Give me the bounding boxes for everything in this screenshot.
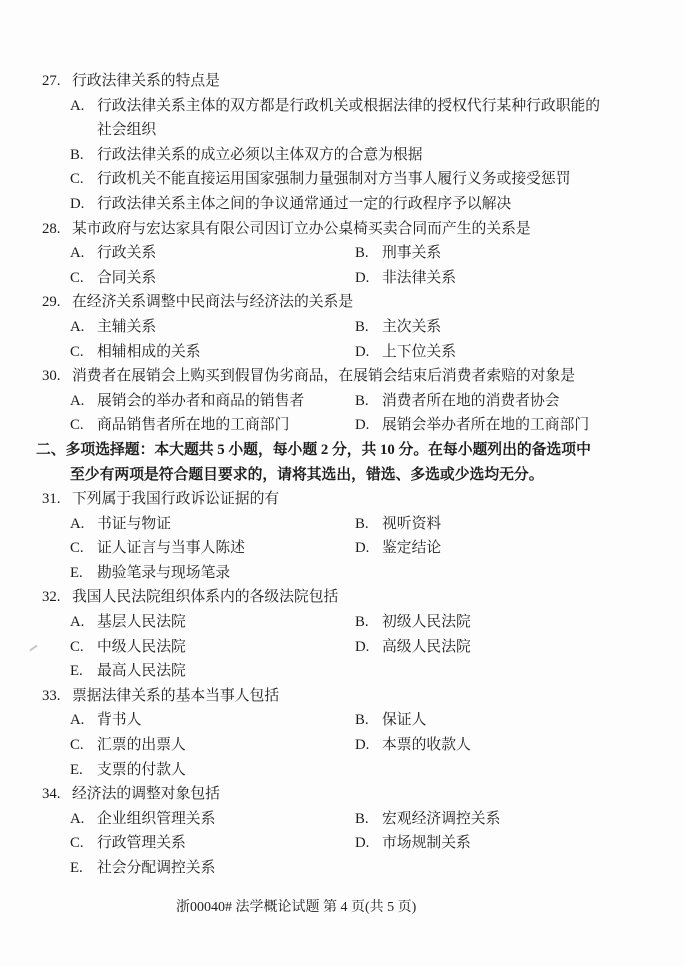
option-label: A. xyxy=(70,708,97,733)
question-28-options-ab: A.行政关系B.刑事关系 xyxy=(42,241,656,266)
question-32-option-c: C.中级人民法院 xyxy=(70,635,355,660)
option-text: 企业组织管理关系 xyxy=(97,811,215,827)
option-text: 行政关系 xyxy=(97,245,156,261)
question-27-text: 行政法律关系的特点是 xyxy=(72,73,220,89)
option-text: 初级人民法院 xyxy=(382,614,471,630)
option-text: 鉴定结论 xyxy=(382,540,441,556)
question-32-stem: 32.我国人民法院组织体系内的各级法院包括 xyxy=(42,585,656,610)
option-text: 支票的付款人 xyxy=(97,762,186,778)
option-label: C. xyxy=(70,733,97,758)
question-27-stem: 27.行政法律关系的特点是 xyxy=(42,69,656,94)
option-label: C. xyxy=(70,167,97,192)
option-label: D. xyxy=(355,733,382,758)
question-28-option-d: D.非法律关系 xyxy=(355,266,456,291)
option-text: 书证与物证 xyxy=(97,516,171,532)
question-28-text: 某市政府与宏达家具有限公司因订立办公桌椅买卖合同而产生的关系是 xyxy=(72,221,531,237)
option-label: A. xyxy=(70,94,97,119)
option-label: E. xyxy=(70,758,97,783)
section-2-header-line-1: 二、多项选择题：本大题共 5 小题，每小题 2 分，共 10 分。在每小题列出的… xyxy=(36,438,656,463)
question-33-option-a: A.背书人 xyxy=(70,708,355,733)
question-28-options-cd: C.合同关系D.非法律关系 xyxy=(42,266,656,291)
question-27-option-b: B.行政法律关系的成立必须以主体双方的合意为根据 xyxy=(42,143,656,168)
question-31-option-d: D.鉴定结论 xyxy=(355,536,441,561)
question-33-option-c: C.汇票的出票人 xyxy=(70,733,355,758)
question-33-text: 票据法律关系的基本当事人包括 xyxy=(72,688,279,704)
question-30-option-a: A.展销会的举办者和商品的销售者 xyxy=(70,389,355,414)
question-30-option-b: B.消费者所在地的消费者协会 xyxy=(355,389,560,414)
question-33-option-d: D.本票的收款人 xyxy=(355,733,471,758)
option-label: B. xyxy=(355,610,382,635)
question-27-option-a: A.行政法律关系主体的双方都是行政机关或根据法律的授权代行某种行政职能的 xyxy=(42,94,656,119)
option-text: 主辅关系 xyxy=(97,319,156,335)
option-label: A. xyxy=(70,512,97,537)
option-text: 刑事关系 xyxy=(382,245,441,261)
question-34-options-cd: C.行政管理关系D.市场规制关系 xyxy=(42,831,656,856)
question-27-option-d: D.行政法律关系主体之间的争议通常通过一定的行政程序予以解决 xyxy=(42,192,656,217)
question-33-options-cd: C.汇票的出票人D.本票的收款人 xyxy=(42,733,656,758)
option-label: D. xyxy=(355,413,382,438)
option-label: A. xyxy=(70,315,97,340)
option-text: 社会分配调控关系 xyxy=(97,860,215,876)
option-label: D. xyxy=(355,266,382,291)
option-label: D. xyxy=(355,536,382,561)
option-label: C. xyxy=(70,635,97,660)
question-30-option-d: D.展销会举办者所在地的工商部门 xyxy=(355,413,589,438)
question-30-stem: 30.消费者在展销会上购买到假冒伪劣商品，在展销会结束后消费者索赔的对象是 xyxy=(42,364,656,389)
question-29-option-c: C.相辅相成的关系 xyxy=(70,340,355,365)
option-label: E. xyxy=(70,561,97,586)
section-2-header-line-2: 至少有两项是符合题目要求的，请将其选出，错选、多选或少选均无分。 xyxy=(42,463,656,488)
question-34-options-ab: A.企业组织管理关系B.宏观经济调控关系 xyxy=(42,807,656,832)
option-text: 基层人民法院 xyxy=(97,614,186,630)
option-label: B. xyxy=(355,241,382,266)
question-32-options-cd: C.中级人民法院D.高级人民法院 xyxy=(42,635,656,660)
question-33-number: 33. xyxy=(42,684,72,709)
question-34-option-b: B.宏观经济调控关系 xyxy=(355,807,500,832)
option-label: B. xyxy=(355,512,382,537)
option-label: D. xyxy=(70,192,97,217)
page-footer: 浙00040# 法学概论试题 第 4 页(共 5 页) xyxy=(176,898,416,918)
question-31-option-c: C.证人证言与当事人陈述 xyxy=(70,536,355,561)
question-31-option-b: B.视听资料 xyxy=(355,512,441,537)
option-label: C. xyxy=(70,413,97,438)
question-28-number: 28. xyxy=(42,217,72,242)
question-29-options-cd: C.相辅相成的关系D.上下位关系 xyxy=(42,340,656,365)
question-30-option-c: C.商品销售者所在地的工商部门 xyxy=(70,413,355,438)
option-text: 最高人民法院 xyxy=(97,663,186,679)
question-27-option-a-wrap: 社会组织 xyxy=(42,118,656,143)
exam-page: 27.行政法律关系的特点是 A.行政法律关系主体的双方都是行政机关或根据法律的授… xyxy=(0,0,684,966)
option-text: 合同关系 xyxy=(97,270,156,286)
option-label: A. xyxy=(70,807,97,832)
question-30-options-ab: A.展销会的举办者和商品的销售者B.消费者所在地的消费者协会 xyxy=(42,389,656,414)
option-label: E. xyxy=(70,659,97,684)
option-text: 相辅相成的关系 xyxy=(97,344,201,360)
option-text: 保证人 xyxy=(382,712,426,728)
question-29-stem: 29.在经济关系调整中民商法与经济法的关系是 xyxy=(42,290,656,315)
question-32-text: 我国人民法院组织体系内的各级法院包括 xyxy=(72,589,338,605)
option-label: D. xyxy=(355,340,382,365)
question-32-options-ab: A.基层人民法院B.初级人民法院 xyxy=(42,610,656,635)
option-text: 中级人民法院 xyxy=(97,639,186,655)
question-34-option-d: D.市场规制关系 xyxy=(355,831,471,856)
option-label: C. xyxy=(70,831,97,856)
option-text: 视听资料 xyxy=(382,516,441,532)
question-32-option-d: D.高级人民法院 xyxy=(355,635,471,660)
option-label: D. xyxy=(355,831,382,856)
option-text: 行政管理关系 xyxy=(97,835,186,851)
option-label: C. xyxy=(70,536,97,561)
question-29-text: 在经济关系调整中民商法与经济法的关系是 xyxy=(72,294,353,310)
option-text: 主次关系 xyxy=(382,319,441,335)
option-label: B. xyxy=(355,708,382,733)
option-label: C. xyxy=(70,340,97,365)
question-31-options-cd: C.证人证言与当事人陈述D.鉴定结论 xyxy=(42,536,656,561)
option-text: 宏观经济调控关系 xyxy=(382,811,500,827)
option-text: 汇票的出票人 xyxy=(97,737,186,753)
question-32-option-e: E.最高人民法院 xyxy=(42,659,656,684)
question-32-number: 32. xyxy=(42,585,72,610)
option-label: B. xyxy=(355,807,382,832)
question-33-options-ab: A.背书人B.保证人 xyxy=(42,708,656,733)
option-text: 行政法律关系主体的双方都是行政机关或根据法律的授权代行某种行政职能的 xyxy=(97,98,600,114)
question-27-option-c: C.行政机关不能直接运用国家强制力量强制对方当事人履行义务或接受惩罚 xyxy=(42,167,656,192)
question-34-option-e: E.社会分配调控关系 xyxy=(42,856,656,881)
scan-artifact-mark xyxy=(29,645,38,652)
question-28-stem: 28.某市政府与宏达家具有限公司因订立办公桌椅买卖合同而产生的关系是 xyxy=(42,217,656,242)
option-label: B. xyxy=(70,143,97,168)
question-34-option-c: C.行政管理关系 xyxy=(70,831,355,856)
option-text: 行政法律关系主体之间的争议通常通过一定的行政程序予以解决 xyxy=(97,196,511,212)
option-text: 行政法律关系的成立必须以主体双方的合意为根据 xyxy=(97,147,423,163)
option-text: 商品销售者所在地的工商部门 xyxy=(97,417,289,433)
option-label: A. xyxy=(70,389,97,414)
question-27-number: 27. xyxy=(42,69,72,94)
question-31-text: 下列属于我国行政诉讼证据的有 xyxy=(72,491,279,507)
question-34-number: 34. xyxy=(42,782,72,807)
option-label: B. xyxy=(355,389,382,414)
question-31-option-e: E.勘验笔录与现场笔录 xyxy=(42,561,656,586)
question-31-option-a: A.书证与物证 xyxy=(70,512,355,537)
question-29-number: 29. xyxy=(42,290,72,315)
question-32-option-a: A.基层人民法院 xyxy=(70,610,355,635)
option-label: D. xyxy=(355,635,382,660)
option-label: E. xyxy=(70,856,97,881)
option-text: 上下位关系 xyxy=(382,344,456,360)
question-29-option-b: B.主次关系 xyxy=(355,315,441,340)
option-label: B. xyxy=(355,315,382,340)
option-text: 消费者所在地的消费者协会 xyxy=(382,393,560,409)
question-30-number: 30. xyxy=(42,364,72,389)
option-text: 展销会举办者所在地的工商部门 xyxy=(382,417,589,433)
question-29-options-ab: A.主辅关系B.主次关系 xyxy=(42,315,656,340)
option-label: C. xyxy=(70,266,97,291)
question-33-option-b: B.保证人 xyxy=(355,708,426,733)
question-31-options-ab: A.书证与物证B.视听资料 xyxy=(42,512,656,537)
question-30-text: 消费者在展销会上购买到假冒伪劣商品，在展销会结束后消费者索赔的对象是 xyxy=(72,368,575,384)
question-32-option-b: B.初级人民法院 xyxy=(355,610,471,635)
option-text: 勘验笔录与现场笔录 xyxy=(97,565,230,581)
question-31-number: 31. xyxy=(42,487,72,512)
option-text: 市场规制关系 xyxy=(382,835,471,851)
option-text: 高级人民法院 xyxy=(382,639,471,655)
question-30-options-cd: C.商品销售者所在地的工商部门D.展销会举办者所在地的工商部门 xyxy=(42,413,656,438)
option-label: A. xyxy=(70,241,97,266)
option-text: 非法律关系 xyxy=(382,270,456,286)
question-34-text: 经济法的调整对象包括 xyxy=(72,786,220,802)
question-28-option-b: B.刑事关系 xyxy=(355,241,441,266)
option-text-wrap: 社会组织 xyxy=(97,122,156,138)
question-34-stem: 34.经济法的调整对象包括 xyxy=(42,782,656,807)
question-31-stem: 31.下列属于我国行政诉讼证据的有 xyxy=(42,487,656,512)
question-29-option-a: A.主辅关系 xyxy=(70,315,355,340)
option-text: 背书人 xyxy=(97,712,141,728)
question-28-option-a: A.行政关系 xyxy=(70,241,355,266)
option-text: 证人证言与当事人陈述 xyxy=(97,540,245,556)
option-text: 本票的收款人 xyxy=(382,737,471,753)
exam-content: 27.行政法律关系的特点是 A.行政法律关系主体的双方都是行政机关或根据法律的授… xyxy=(42,69,656,881)
question-28-option-c: C.合同关系 xyxy=(70,266,355,291)
question-29-option-d: D.上下位关系 xyxy=(355,340,456,365)
question-33-stem: 33.票据法律关系的基本当事人包括 xyxy=(42,684,656,709)
option-text: 展销会的举办者和商品的销售者 xyxy=(97,393,304,409)
option-label: A. xyxy=(70,610,97,635)
option-text: 行政机关不能直接运用国家强制力量强制对方当事人履行义务或接受惩罚 xyxy=(97,171,571,187)
question-33-option-e: E.支票的付款人 xyxy=(42,758,656,783)
question-34-option-a: A.企业组织管理关系 xyxy=(70,807,355,832)
